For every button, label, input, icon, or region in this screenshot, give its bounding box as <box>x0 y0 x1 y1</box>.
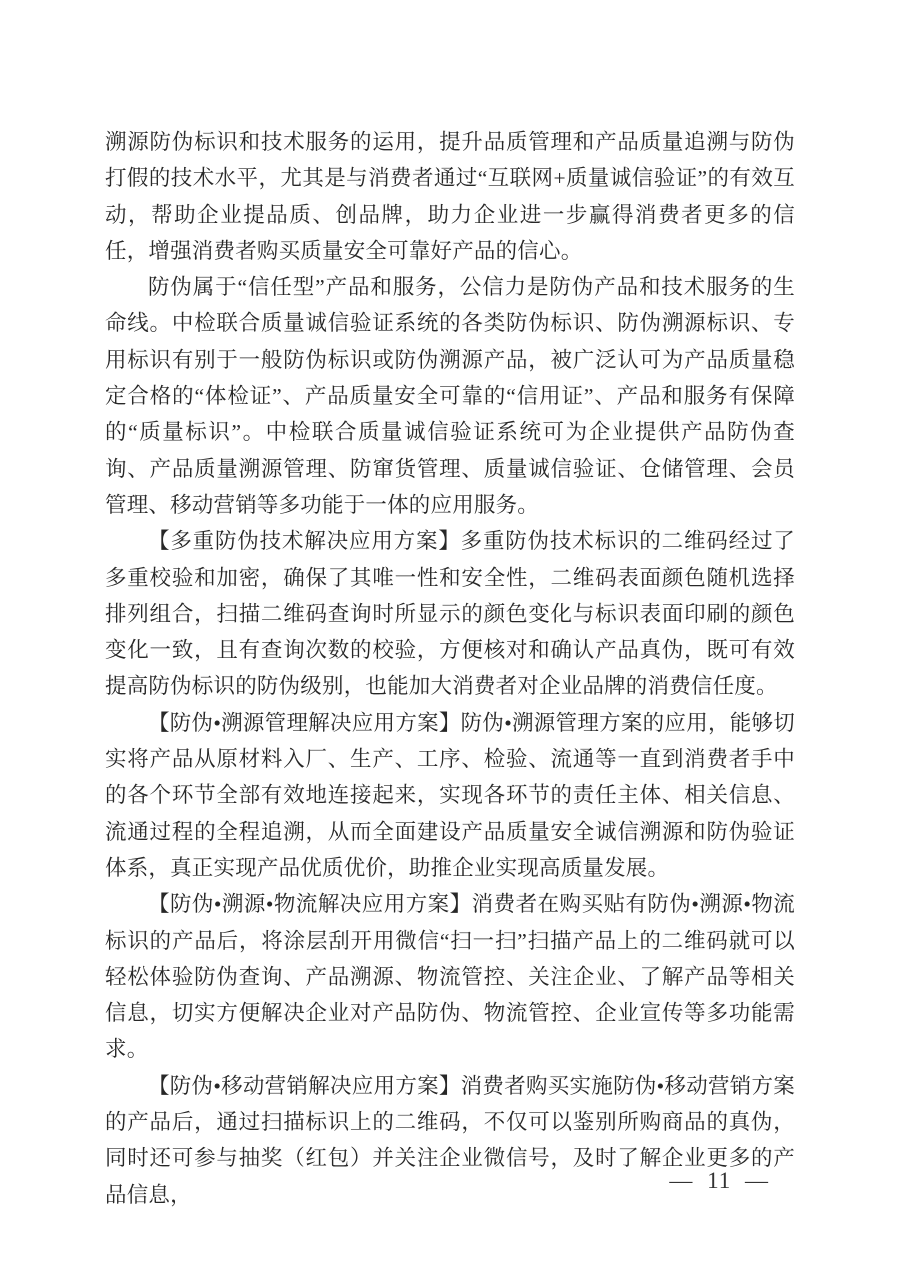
paragraph-continuation: 溯源防伪标识和技术服务的运用，提升品质管理和产品质量追溯与防伪打假的技术水平，尤… <box>105 124 795 269</box>
page-number: — 11 — <box>105 1166 795 1196</box>
document-page: 溯源防伪标识和技术服务的运用，提升品质管理和产品质量追溯与防伪打假的技术水平，尤… <box>0 0 900 1273</box>
paragraph-trust-type: 防伪属于“信任型”产品和服务，公信力是防伪产品和技术服务的生命线。中检联合质量诚… <box>105 269 795 523</box>
paragraph-traceability-management-solution: 【防伪•溯源管理解决应用方案】防伪•溯源管理方案的应用，能够切实将产品从原材料入… <box>105 705 795 886</box>
paragraph-traceability-logistics-solution: 【防伪•溯源•物流解决应用方案】消费者在购买贴有防伪•溯源•物流标识的产品后，将… <box>105 886 795 1067</box>
document-body: 溯源防伪标识和技术服务的运用，提升品质管理和产品质量追溯与防伪打假的技术水平，尤… <box>105 124 795 1213</box>
paragraph-multi-anticounterfeit-solution: 【多重防伪技术解决应用方案】多重防伪技术标识的二维码经过了多重校验和加密，确保了… <box>105 523 795 704</box>
